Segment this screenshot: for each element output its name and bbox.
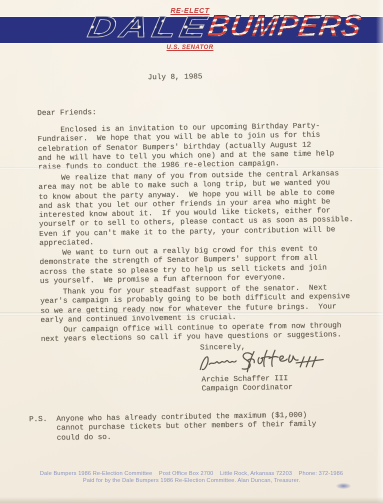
union-bug-icon (336, 483, 351, 489)
salutation: Dear Friends: (37, 109, 96, 119)
postscript: P.S. Anyone who has already contributed … (29, 412, 316, 444)
scanned-letter-page: RE-ELECT DALE BUMPERS U.S. SENATOR July … (0, 0, 383, 503)
paragraph-2: We realize that many of you from outside… (38, 170, 354, 249)
footer-disclaimer-line: Paid for by the Dale Bumpers 1986 Re-Ele… (0, 478, 383, 485)
letter-date: July 8, 1985 (148, 73, 203, 83)
paragraph-3: We want to turn out a really big crowd f… (39, 245, 327, 287)
footer: Dale Bumpers 1986 Re-Election Committee … (0, 471, 383, 485)
signer-title: Campaign Coordinator (202, 384, 293, 395)
signature-handwriting-icon (196, 346, 326, 376)
scan-edge-bottom (0, 497, 383, 503)
footer-committee-line: Dale Bumpers 1986 Re-Election Committee … (0, 471, 383, 478)
scan-edge-right (376, 0, 383, 503)
letter-body: July 8, 1985 Dear Friends: Enclosed is a… (0, 0, 383, 503)
paragraph-1: Enclosed is an invitation to our upcomin… (37, 122, 334, 173)
paragraph-4: Thank you for your steadfast support of … (40, 284, 350, 326)
paragraph-5: Our campaign office will continue to ope… (41, 322, 342, 345)
